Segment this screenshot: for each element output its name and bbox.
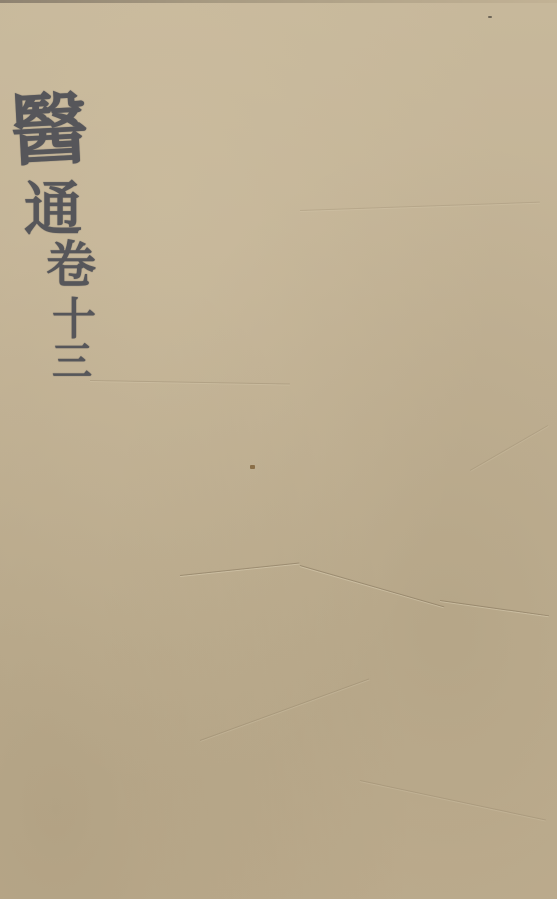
paper-crease <box>470 425 548 471</box>
title-char: 通 <box>24 180 82 238</box>
title-char: 三 <box>52 342 92 382</box>
book-cover-page: 醫 通 卷 十 三 <box>0 0 557 899</box>
paper-crease <box>440 600 549 616</box>
vertical-title: 醫 通 卷 十 三 <box>18 92 98 382</box>
title-char: 十 <box>52 298 96 342</box>
paper-crease <box>360 780 546 820</box>
title-char: 卷 <box>46 240 96 290</box>
paper-speck <box>488 16 492 18</box>
paper-crease <box>300 565 444 607</box>
paper-crease <box>90 380 290 384</box>
paper-crease <box>180 562 299 576</box>
paper-crease <box>200 678 369 741</box>
paper-crease <box>300 202 540 211</box>
top-edge <box>0 0 557 3</box>
paper-speck <box>250 465 255 469</box>
title-char: 醫 <box>8 90 90 172</box>
